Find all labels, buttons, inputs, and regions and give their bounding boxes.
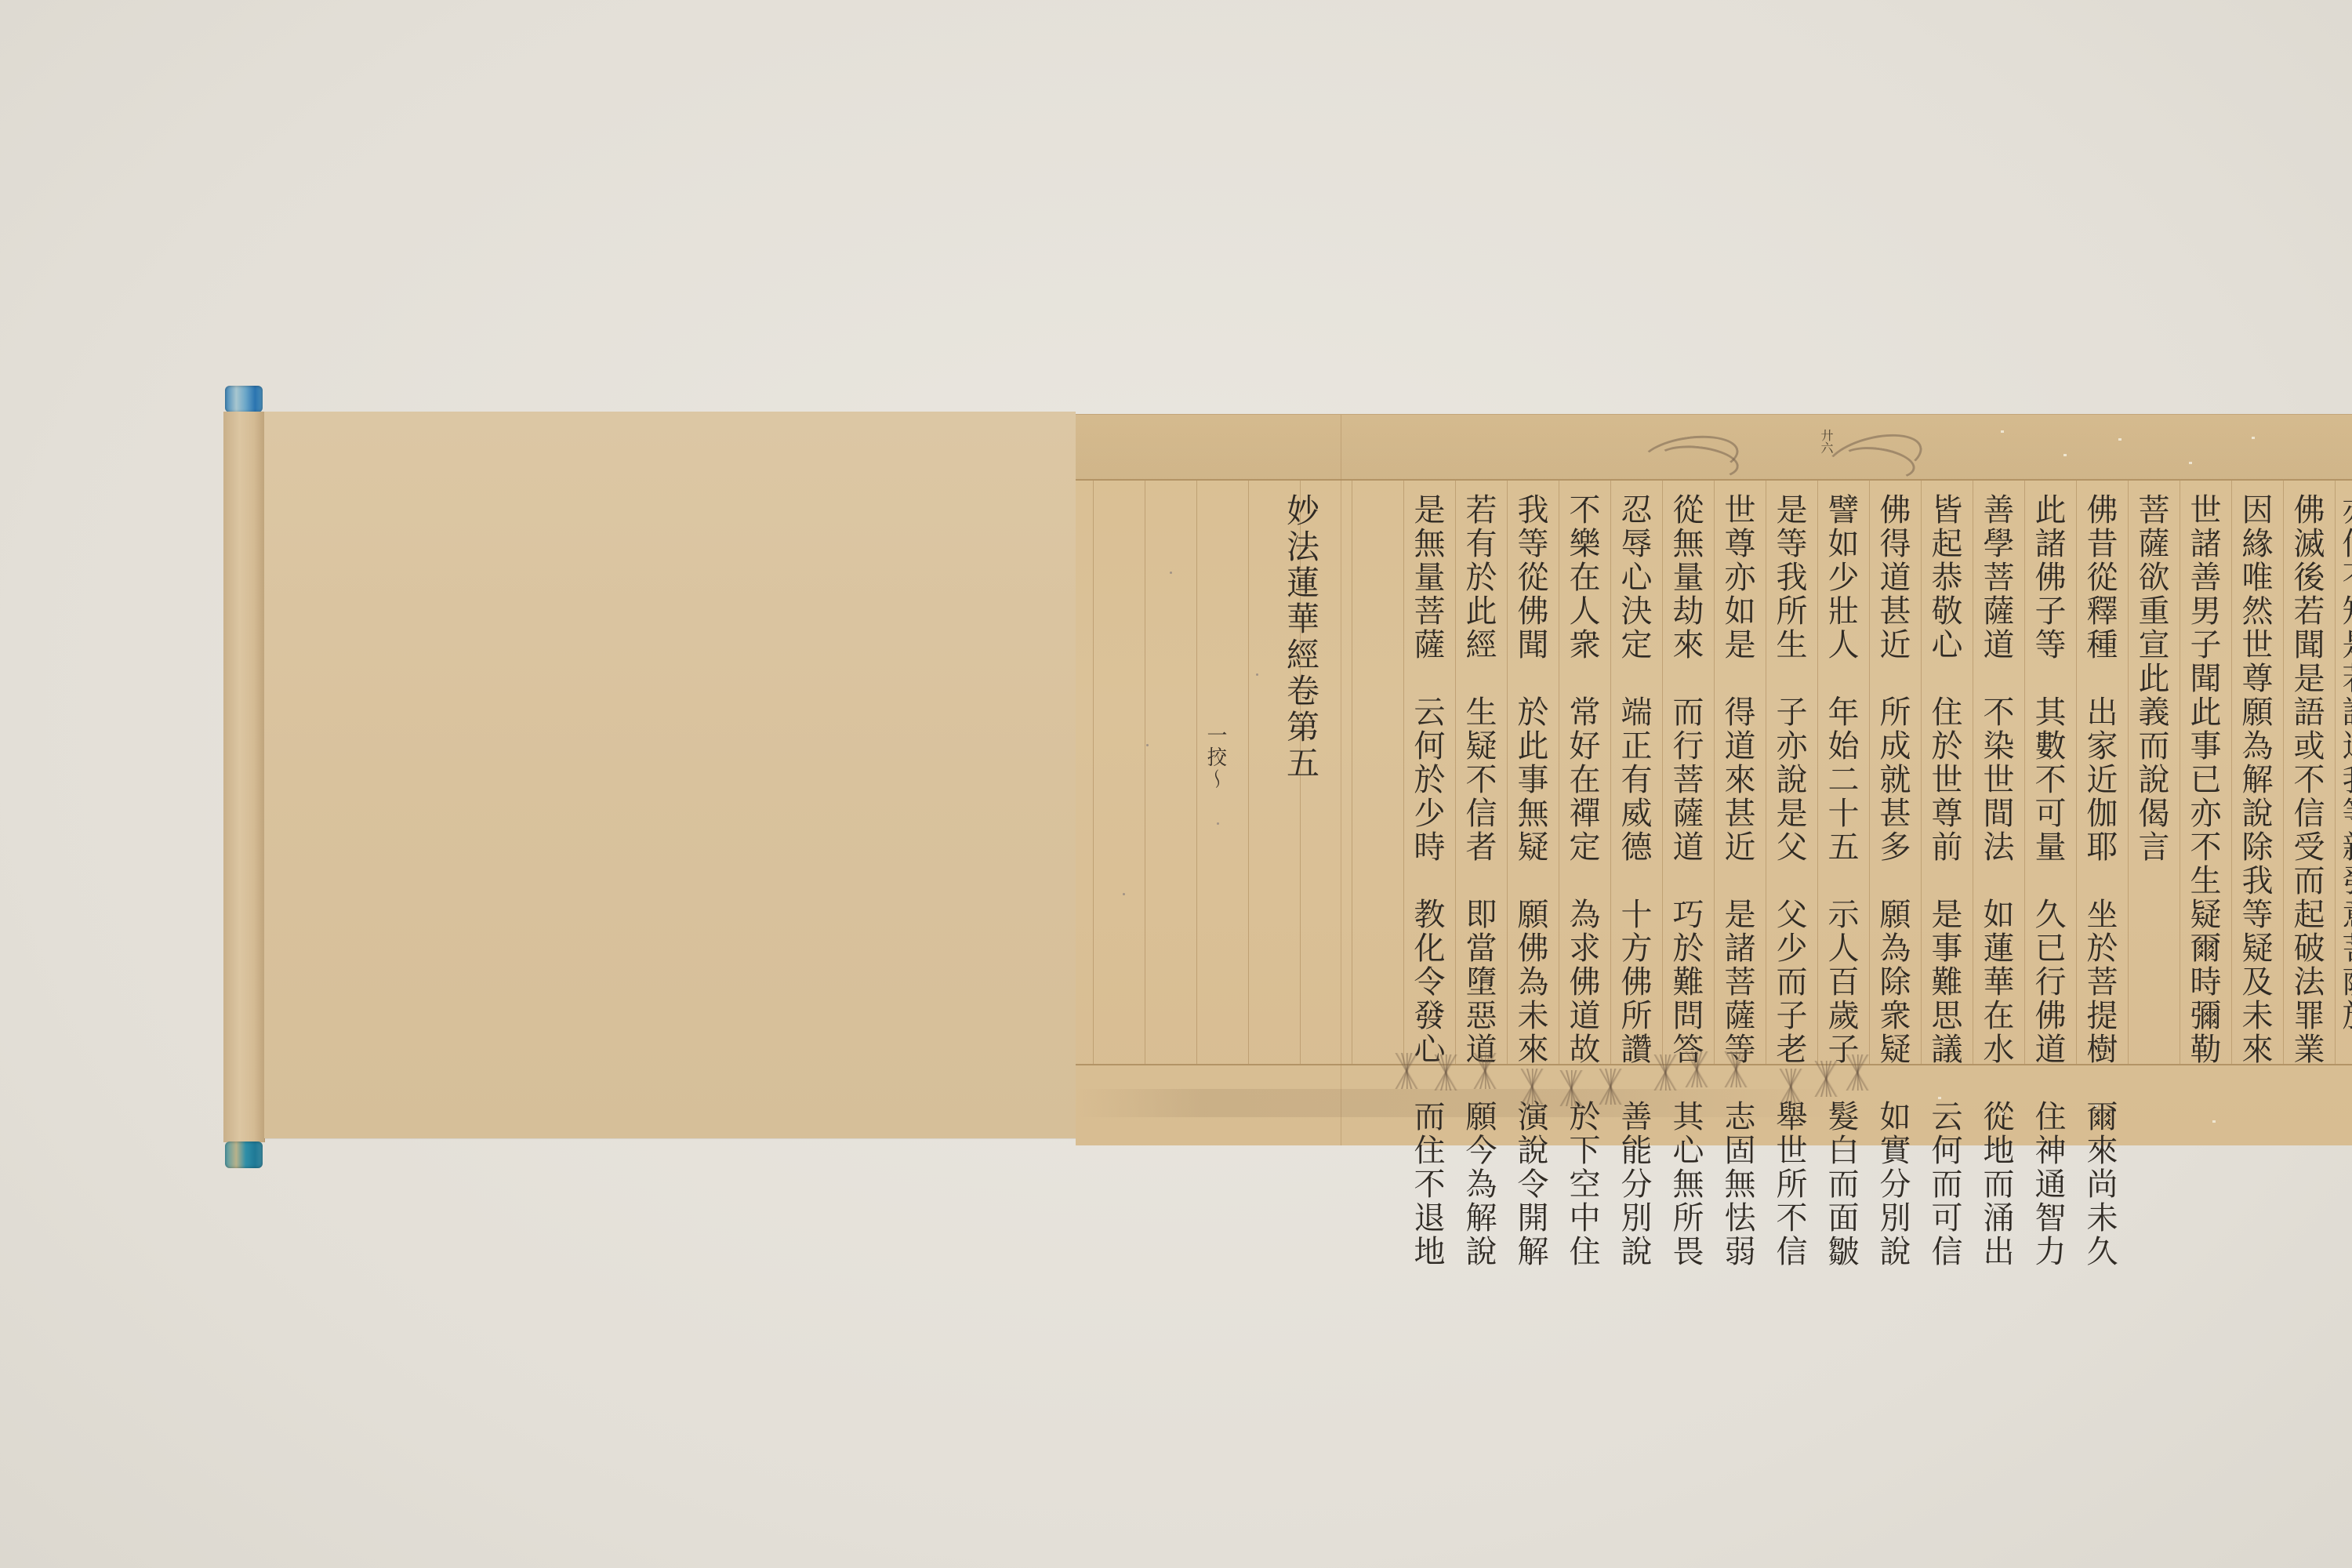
gold-flake [2001,1112,2004,1115]
sutra-column: 是等我所生 子亦說是父 父少而子老 舉世所不信 [1773,493,1805,1269]
sutra-column: 皆起恭敬心 住於世尊前 是事難思議 云何而可信 [1929,493,1960,1269]
paper-speck [1217,822,1219,825]
roller-end-top [225,386,263,412]
sutra-column: 善學菩薩道 不染世間法 如蓮華在水 從地而涌出 [1980,493,2012,1269]
paper-speck [1123,893,1125,895]
gold-flake [2189,462,2192,464]
sutra-title: 妙法蓮華經卷第五 [1284,493,1317,782]
column-rule [1662,481,1663,1064]
column-rule [2180,481,2180,1064]
sutra-column: 世尊亦如是 得道來甚近 是諸菩薩等 志固無怯弱 [1722,493,1753,1269]
paper-seam [1341,415,1341,1145]
column-rule [1610,481,1611,1064]
column-rule [2076,481,2077,1064]
sutra-column: 是無量菩薩 云何於少時 教化令發心 而住不退地 [1411,493,1443,1269]
sutra-column: 佛得道甚近 所成就甚多 願為除衆疑 如實分別說 [1877,493,1908,1269]
column-rule [1559,481,1559,1064]
column-rule [2128,481,2129,1064]
column-rule [1145,481,1145,1064]
column-rule [1817,481,1818,1064]
column-rule [1352,481,1352,1064]
scroll-leader-paper [264,412,1076,1138]
ground-wash [1076,1089,2352,1117]
sutra-column: 若有於此經 生疑不信者 即當墮惡道 願今為解說 [1463,493,1494,1269]
gold-flake [2063,454,2067,456]
sutra-column: 亦何不知是若說道我等新發意菩薩於 [2339,493,2352,1033]
paper-speck [1170,572,1172,574]
column-rule [2024,481,2025,1064]
sutra-column: 菩薩欲重宣此義而說偈言 [2136,493,2167,864]
sutra-column: 佛昔從釋種 出家近伽耶 坐於菩提樹 爾來尚未久 [2084,493,2115,1269]
sutra-column: 我等從佛聞 於此事無疑 願佛為未來 演說令開解 [1515,493,1546,1269]
column-rule [1196,481,1197,1064]
gold-flake [2212,1120,2216,1123]
folio-number: 廾六 [1817,429,1835,454]
sutra-column: 佛滅後若聞是語或不信受而起破法罪業 [2291,493,2322,1066]
sutra-column: 從無量劫來 而行菩薩道 巧於難問答 其心無所畏 [1670,493,1701,1269]
paper-speck [1256,673,1258,676]
gold-flake [2001,430,2004,433]
column-rule [1455,481,1456,1064]
column-rule [2283,481,2284,1064]
paper-speck [1146,744,1149,746]
column-rule [1714,481,1715,1064]
column-rule [1766,481,1766,1064]
sutra-column: 譬如少壯人 年始二十五 示人百歲子 髮白而面皺 [1825,493,1857,1269]
sutra-column: 世諸善男子聞此事已亦不生疑爾時彌勒 [2187,493,2219,1066]
column-rule [2231,481,2232,1064]
gold-flake [2118,438,2122,441]
column-rule [1921,481,1922,1064]
gold-flake [2095,1105,2098,1107]
sutra-sheet: 廾六 一挍〜 妙法蓮華經卷第五 是無量菩薩 云何於少時 教化令發心 而住不退地 … [1076,414,2352,1145]
column-rule [1093,481,1094,1064]
column-rule [1507,481,1508,1064]
gold-flake [1938,1097,1941,1099]
column-rule [1869,481,1870,1064]
sutra-column: 不樂在人衆 常好在禪定 為求佛道故 於下空中住 [1566,493,1598,1269]
column-rule [1248,481,1249,1064]
sutra-column: 此諸佛子等 其數不可量 久已行佛道 住神通智力 [2032,493,2063,1269]
column-rule [2335,481,2336,1064]
column-rule [1403,481,1404,1064]
sutra-column: 因緣唯然世尊願為解說除我等疑及未來 [2239,493,2270,1066]
collation-mark: 一挍〜 [1201,724,1230,790]
scroll-roller [223,412,265,1142]
gold-flake [2252,437,2255,439]
sutra-column: 忍辱心決定 端正有威德 十方佛所讚 善能分別說 [1618,493,1650,1269]
roller-end-bottom [225,1142,263,1168]
column-rule [1973,481,1973,1064]
